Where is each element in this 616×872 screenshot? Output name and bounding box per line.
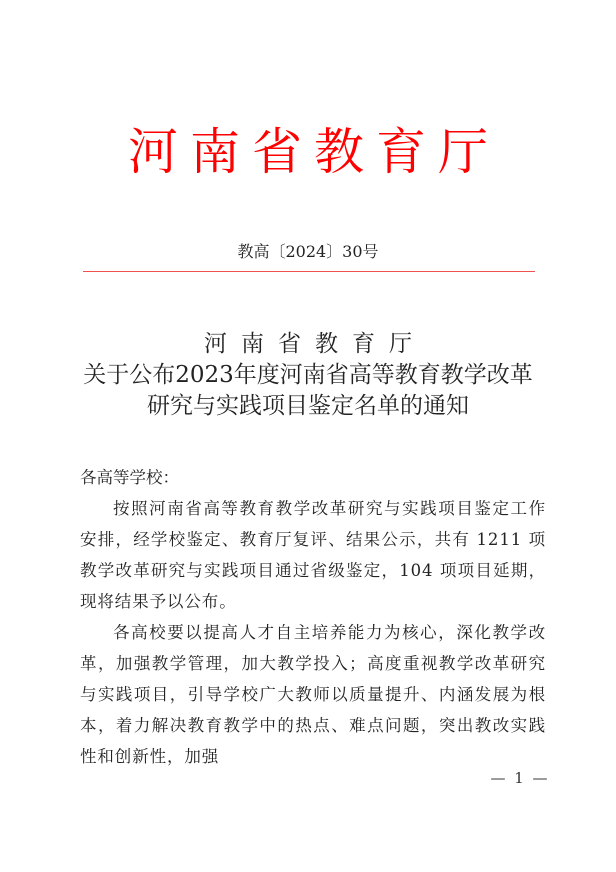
paragraph-2: 各高校要以提高人才自主培养能力为核心，深化教学改革，加强教学管理，加大教学投入；… (80, 617, 546, 772)
title-issuer: 河南省教育厅 (0, 329, 616, 360)
title-line-3: 研究与实践项目鉴定名单的通知 (0, 391, 616, 422)
masthead-title: 河南省教育厅 (0, 122, 616, 182)
document-number: 教高〔2024〕30号 (0, 240, 616, 264)
page-number: — 1 — (470, 768, 570, 788)
title-line-2: 关于公布2023年度河南省高等教育教学改革 (0, 360, 616, 391)
notice-title: 河南省教育厅 关于公布2023年度河南省高等教育教学改革 研究与实践项目鉴定名单… (0, 329, 616, 422)
red-divider-line (83, 271, 535, 272)
document-page: 河南省教育厅 教高〔2024〕30号 河南省教育厅 关于公布2023年度河南省高… (0, 0, 616, 872)
notice-body: 各高等学校： 按照河南省高等教育教学改革研究与实践项目鉴定工作安排，经学校鉴定、… (80, 462, 546, 772)
paragraph-1: 按照河南省高等教育教学改革研究与实践项目鉴定工作安排，经学校鉴定、教育厅复评、结… (80, 493, 546, 617)
salutation: 各高等学校： (80, 462, 546, 493)
